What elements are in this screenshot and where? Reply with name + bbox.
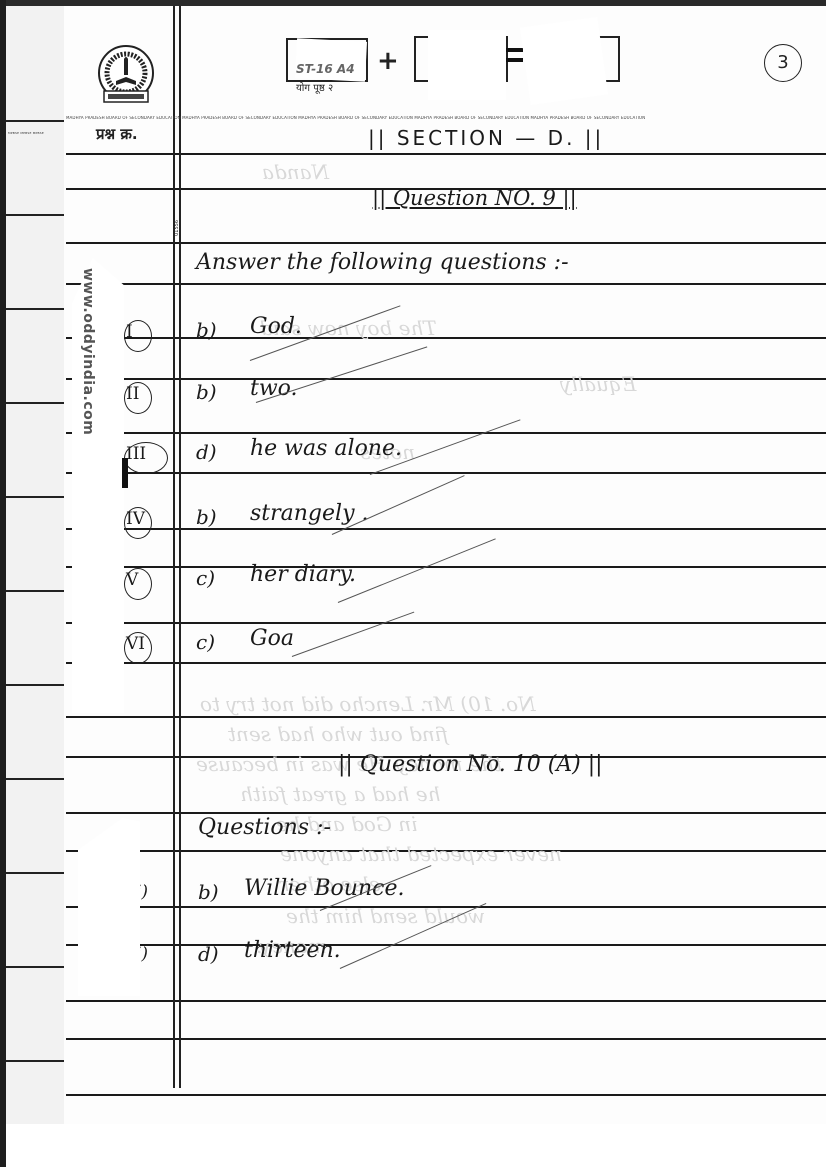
answer-option: d) <box>196 440 217 464</box>
redacted-score-1 <box>428 30 506 100</box>
bleed-through-text: Nanda <box>262 160 329 184</box>
answer-option: b) <box>196 505 217 529</box>
board-logo-icon <box>94 45 158 105</box>
circled-number <box>124 507 152 539</box>
ruled-line <box>66 1094 826 1096</box>
circled-number <box>124 320 152 352</box>
back-page-rule <box>6 214 64 216</box>
back-page-rule <box>6 966 64 968</box>
back-page-rule <box>6 496 64 498</box>
ink-mark <box>122 458 128 488</box>
white-patch <box>78 818 140 996</box>
circled-number <box>124 442 168 474</box>
back-page-rule <box>6 308 64 310</box>
section-title: || SECTION — D. || <box>368 126 604 150</box>
circled-number <box>124 382 152 414</box>
answer-option: b) <box>198 880 219 904</box>
page-number: 3 <box>764 44 802 82</box>
answer-text: he was alone. <box>250 436 402 461</box>
circled-number <box>124 568 152 600</box>
question-10a-instruction: Questions :- <box>198 815 331 840</box>
watermark-text: www.oddyindia.com <box>80 268 96 435</box>
answer-text: God. <box>250 314 302 339</box>
question-9-instruction: Answer the following questions :- <box>196 250 569 275</box>
bleed-through-text: Equally <box>560 372 636 396</box>
question-no-column-label: प्रश्न क्र. <box>96 124 138 144</box>
bleed-through-text: find out who had sent <box>228 722 448 746</box>
back-page-rule <box>6 1060 64 1062</box>
underlying-page-edge: MPBSE MPBSE MPBSE <box>6 6 65 1124</box>
bleed-through-text: No. 10) Mr. Lencho did not try to <box>200 692 536 716</box>
answer-text: strangely . <box>250 501 369 526</box>
back-page-rule <box>6 120 64 122</box>
back-page-rule <box>6 684 64 686</box>
answer-option: c) <box>196 566 215 590</box>
security-microtext: MADHYA PRADESH BOARD OF SECONDARY EDUCAT… <box>66 116 826 120</box>
answer-text: her diary. <box>250 562 356 587</box>
back-page-rule <box>6 778 64 780</box>
back-page-rule <box>6 590 64 592</box>
margin-serial-code: 01556 <box>174 220 180 236</box>
answer-text: thirteen. <box>244 938 341 963</box>
answer-option: b) <box>196 318 217 342</box>
back-page-microtext: MPBSE MPBSE MPBSE <box>8 131 44 135</box>
redacted-score-2 <box>520 17 608 105</box>
circled-number <box>124 632 152 664</box>
answer-option: c) <box>196 630 215 654</box>
answer-text: Willie Bounce. <box>244 876 404 901</box>
answer-option: b) <box>196 380 217 404</box>
question-9-heading: || Question NO. 9 || <box>372 186 577 210</box>
bleed-through-text: he had a great faith <box>240 782 440 806</box>
question-10a-heading: || Question No. 10 (A) || <box>338 752 603 777</box>
plus-sign: + <box>377 46 399 76</box>
answer-text: Goa <box>250 626 294 651</box>
answer-option: d) <box>198 942 219 966</box>
margin-line-left <box>173 6 175 1088</box>
back-page-rule <box>6 402 64 404</box>
bleed-through-text: never expected that anyone <box>280 842 562 866</box>
code-box-text: ST-16 A4 <box>296 62 355 76</box>
scan-bottom-margin <box>6 1124 826 1167</box>
equals-sign <box>503 48 523 62</box>
back-page-rule <box>6 872 64 874</box>
margin-line-right <box>179 6 181 1088</box>
code-box-caption: योग पूष्ठ २ <box>296 80 333 94</box>
